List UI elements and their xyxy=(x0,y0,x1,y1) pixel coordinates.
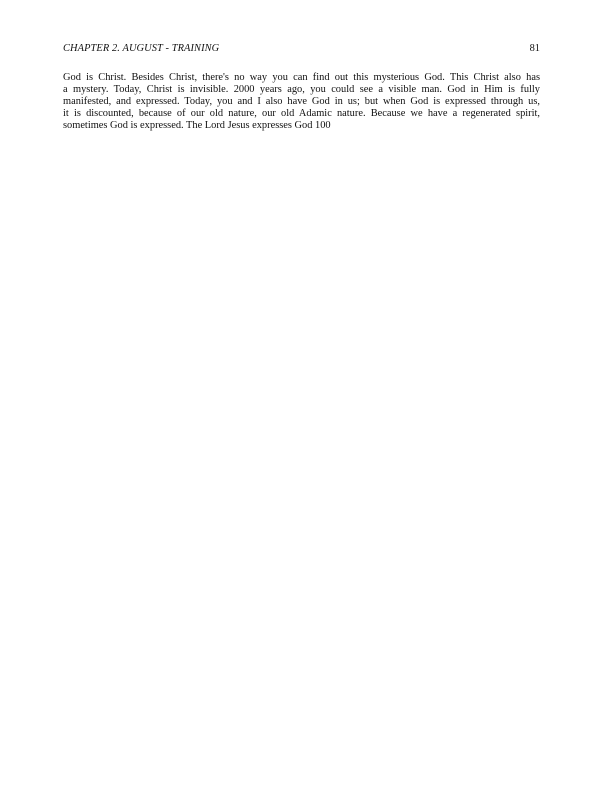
text-line: a mystery. Today, Christ is invisible. 2… xyxy=(63,84,540,96)
page-number: 81 xyxy=(530,43,540,54)
text-line: manifested, and expressed. Today, you an… xyxy=(63,96,540,108)
text-line: sometimes God is expressed. The Lord Jes… xyxy=(63,120,540,132)
text-line: it is discounted, because of our old nat… xyxy=(63,108,540,120)
running-title: CHAPTER 2. AUGUST - TRAINING xyxy=(63,43,219,54)
body-paragraph: God is Christ. Besides Christ, there's n… xyxy=(63,72,540,132)
page-header: CHAPTER 2. AUGUST - TRAINING 81 xyxy=(63,43,540,57)
text-line: God is Christ. Besides Christ, there's n… xyxy=(63,72,540,84)
